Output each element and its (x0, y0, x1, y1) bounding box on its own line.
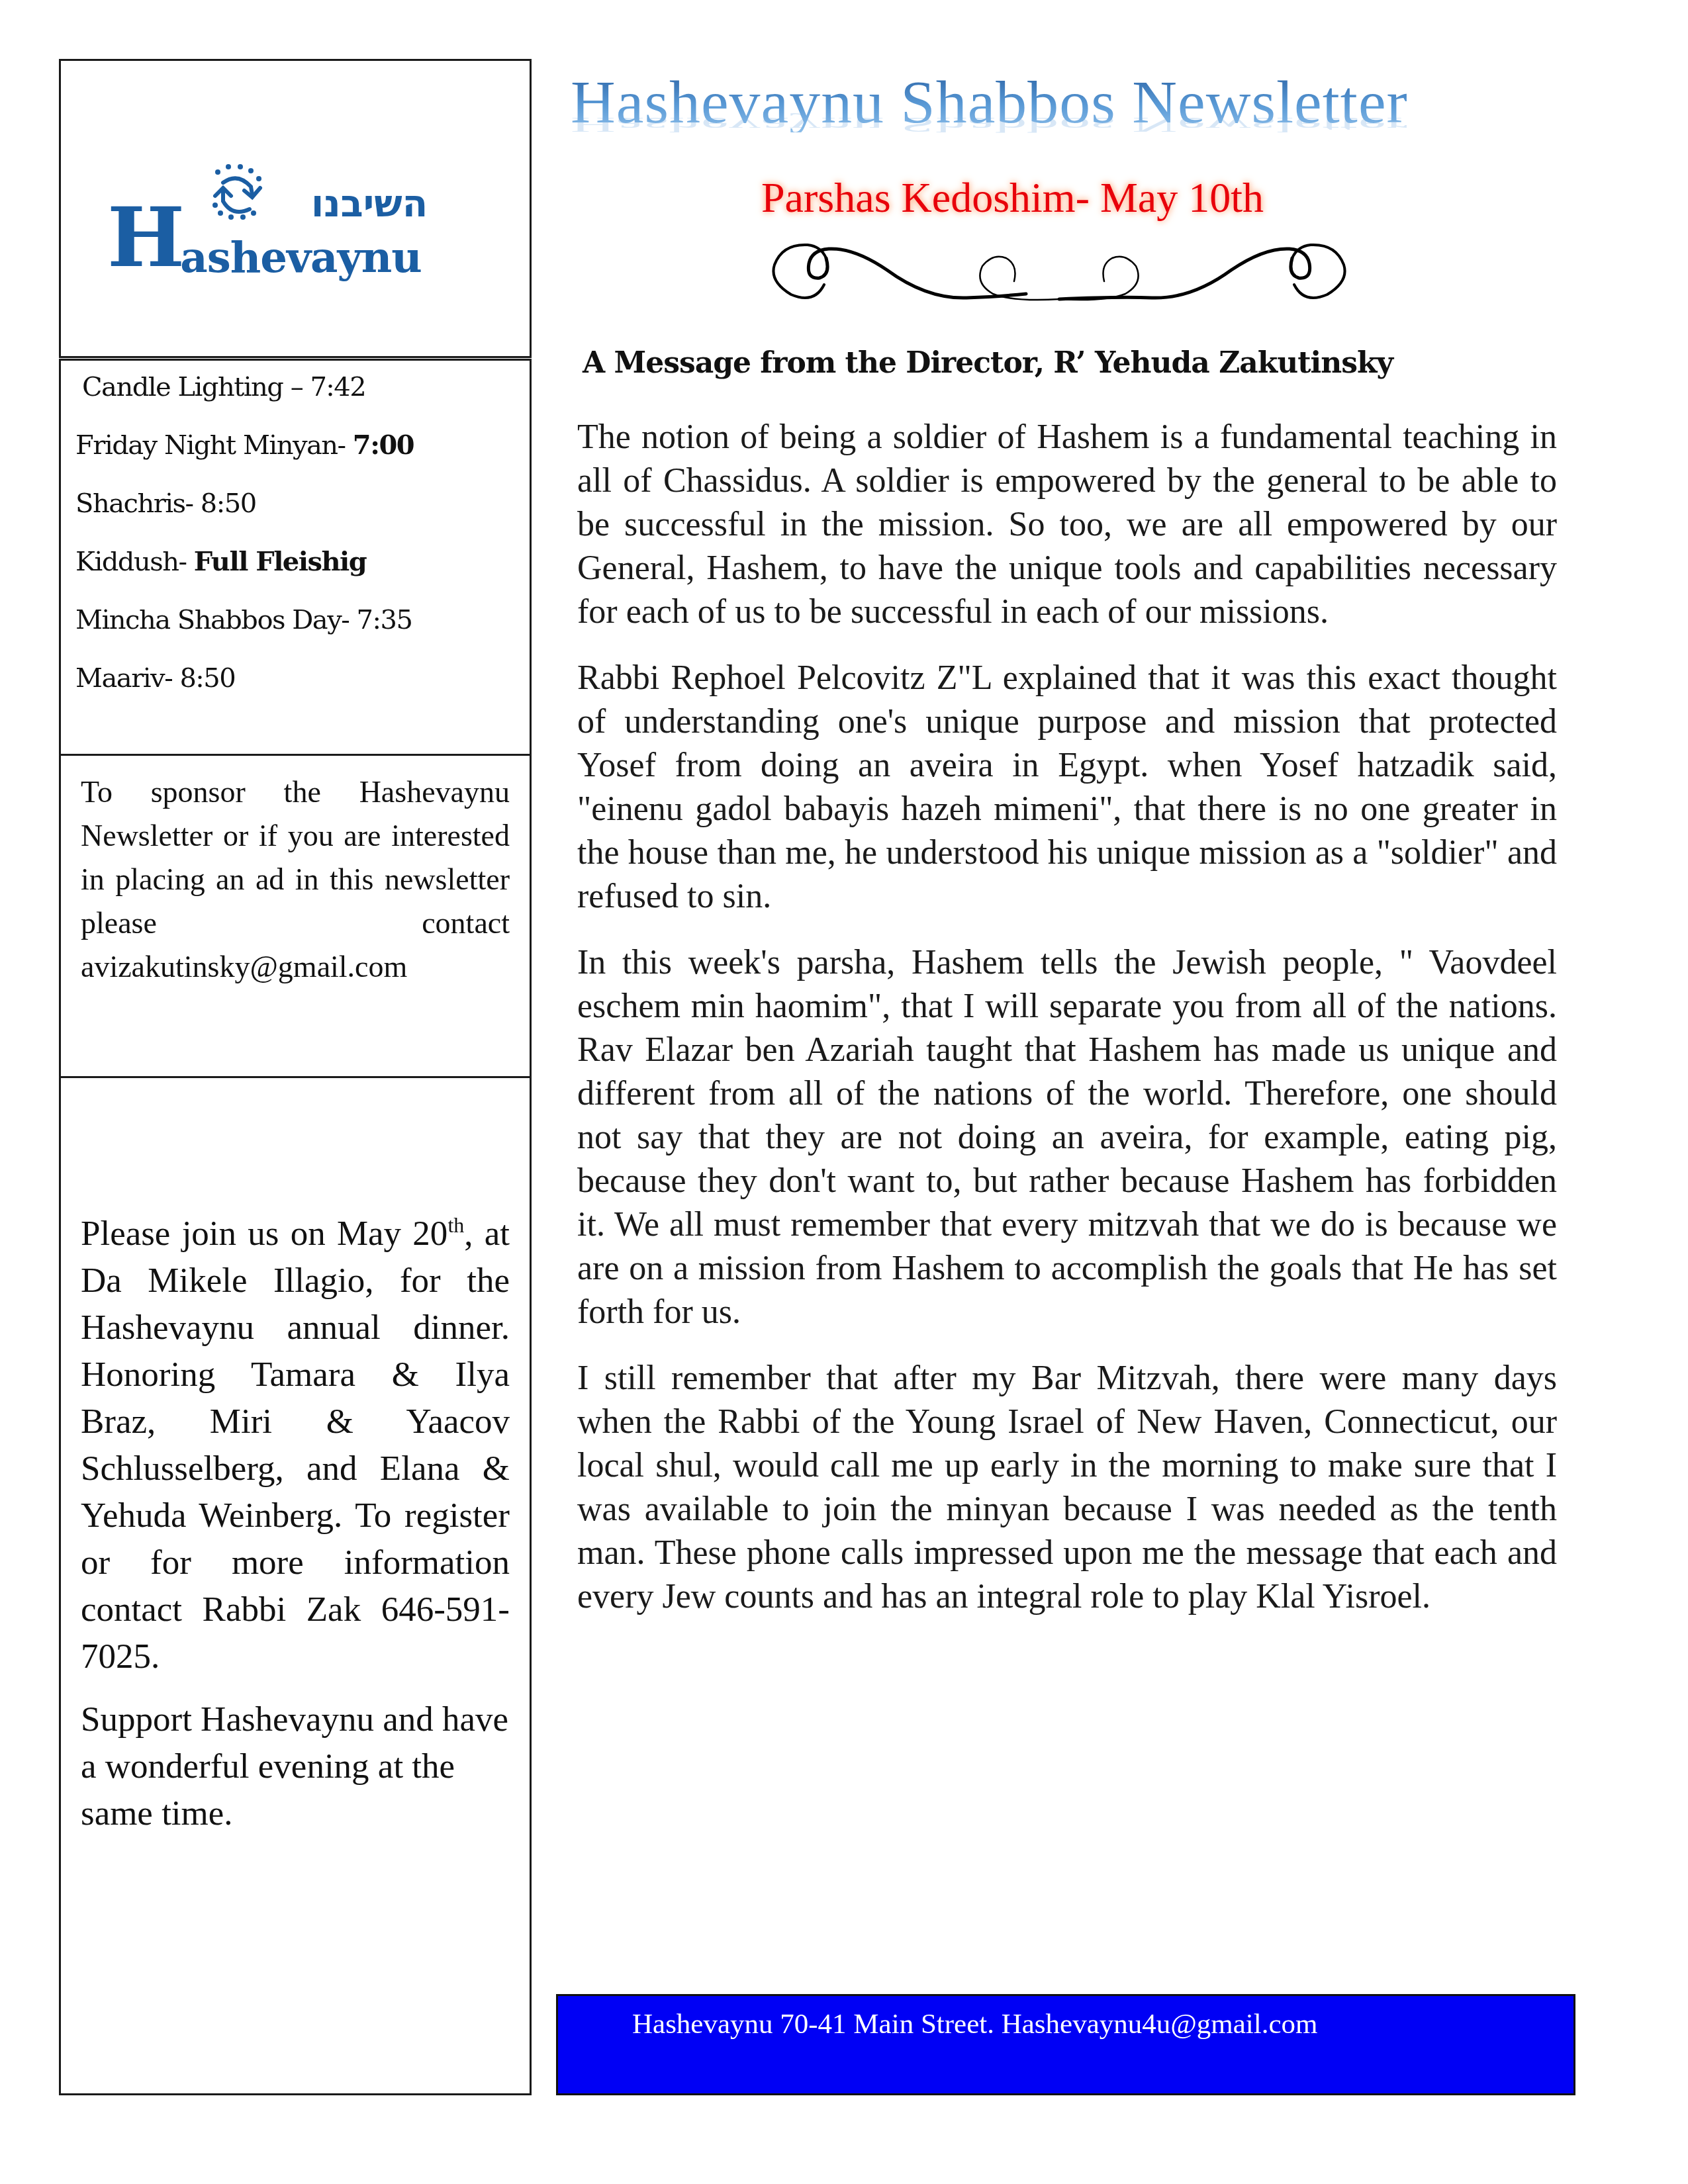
decorative-swirl-divider-icon (768, 238, 1350, 301)
time-value: 7:42 (310, 372, 365, 402)
time-value: 8:50 (179, 663, 235, 694)
time-label: Kiddush- (75, 547, 194, 577)
ordinal-suffix: th (447, 1213, 464, 1237)
time-row-candle-lighting: Candle Lighting – 7:42 (82, 371, 516, 403)
time-label: Shachris- (75, 488, 201, 519)
dinner-text-part: , at Da Mikele Illagio, for the Hashevay… (81, 1214, 510, 1676)
newsletter-title: Hashevaynu Shabbos Newsletter (571, 71, 1408, 132)
logo-letter-h: H (107, 190, 184, 286)
footer-address-email: Hashevaynu 70-41 Main Street. Hashevaynu… (632, 2008, 1318, 2040)
parsha-subtitle: Parshas Kedoshim- May 10th (761, 173, 1264, 222)
sponsor-text: To sponsor the Hashevaynu Newsletter or … (81, 770, 510, 989)
time-label: Maariv- (75, 663, 179, 694)
time-value: 7:35 (357, 605, 412, 635)
hashevaynu-logo: השיבנו Hashevaynu (107, 160, 491, 266)
time-row-mincha: Mincha Shabbos Day- 7:35 (75, 604, 516, 636)
dinner-text-part: Please join us on May 20 (81, 1214, 447, 1253)
time-row-friday-night-minyan: Friday Night Minyan- 7:00 (75, 430, 516, 461)
dinner-invitation-paragraph: Please join us on May 20th, at Da Mikele… (81, 1210, 510, 1680)
sponsor-box: To sponsor the Hashevaynu Newsletter or … (59, 754, 532, 1078)
time-value: 8:50 (201, 488, 256, 519)
logo-word-rest: ashevaynu (180, 233, 422, 283)
time-row-kiddush: Kiddush- Full Fleishig (75, 546, 516, 578)
article-heading: A Message from the Director, R’ Yehuda Z… (583, 346, 1393, 380)
time-label: Candle Lighting – (82, 372, 310, 402)
time-label: Friday Night Minyan- (75, 430, 353, 461)
article-paragraph: In this week's parsha, Hashem tells the … (577, 941, 1557, 1334)
time-row-maariv: Maariv- 8:50 (75, 662, 516, 694)
dinner-announcement-box: Please join us on May 20th, at Da Mikele… (59, 1076, 532, 2095)
time-value: Full Fleishig (194, 546, 367, 577)
time-label: Mincha Shabbos Day- (75, 605, 357, 635)
logo-box: השיבנו Hashevaynu (59, 59, 532, 358)
time-row-shachris: Shachris- 8:50 (75, 488, 516, 520)
time-value: 7:00 (353, 430, 414, 461)
shabbos-times-box: Candle Lighting – 7:42 Friday Night Miny… (59, 359, 532, 756)
director-message-article: The notion of being a soldier of Hashem … (577, 416, 1557, 1641)
dinner-announcement: Please join us on May 20th, at Da Mikele… (81, 1210, 510, 1853)
dinner-support-paragraph: Support Hashevaynu and have a wonderful … (81, 1696, 510, 1837)
article-paragraph: I still remember that after my Bar Mitzv… (577, 1357, 1557, 1619)
article-paragraph: Rabbi Rephoel Pelcovitz Z"L explained th… (577, 657, 1557, 919)
article-paragraph: The notion of being a soldier of Hashem … (577, 416, 1557, 634)
footer-contact-bar: Hashevaynu 70-41 Main Street. Hashevaynu… (556, 1994, 1575, 2095)
shabbos-times-list: Candle Lighting – 7:42 Friday Night Miny… (75, 371, 516, 721)
logo-wordmark: Hashevaynu (107, 197, 422, 279)
